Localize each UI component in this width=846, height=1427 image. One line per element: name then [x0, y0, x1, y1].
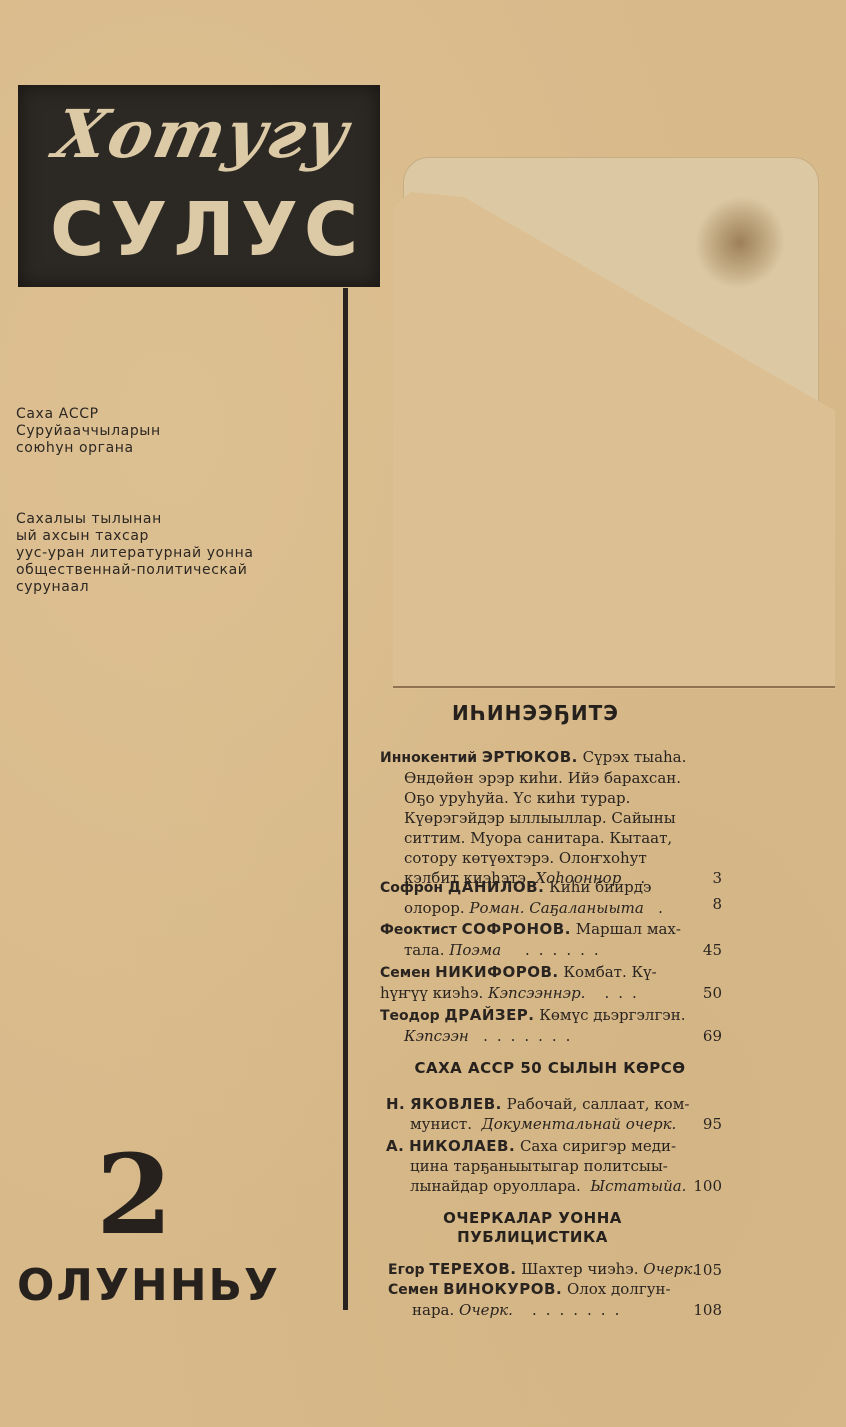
author-first-name: Егор [388, 1262, 425, 1278]
entry-genre: Ыстатыйа. [590, 1177, 686, 1195]
publisher-note-line: Саха АССР [16, 406, 161, 423]
description-line: общественнай-политическай [16, 562, 254, 579]
page-number: 8 [712, 894, 722, 914]
journal-description: Сахалыы тылынан ый ахсын тахсар уус-уран… [16, 511, 254, 596]
section-heading-line: ПУБЛИЦИСТИКА [420, 1228, 645, 1247]
page-number: 105 [693, 1260, 722, 1280]
author-first-name: Софрон [380, 880, 443, 896]
toc-entry[interactable]: Н. ЯКОВЛЕВ. Рабочай, саллаат, ком- мунис… [386, 1094, 730, 1134]
author-last-name: НИКИФОРОВ. [435, 963, 558, 981]
pocket-edge [393, 686, 835, 688]
entry-line: Өндөйөн эрэр киһи. Ийэ барахсан. [380, 768, 730, 788]
entry-title: Сүрэх тыаһа. [583, 748, 687, 766]
description-line: сурунаал [16, 579, 254, 596]
publisher-note-line: союһун органа [16, 440, 161, 457]
entry-line: Күөрэгэйдэр ыллыыллар. Сайыны [380, 808, 730, 828]
masthead-script-title: Хотугу [49, 101, 363, 167]
author-first-name: Семен [388, 1282, 438, 1298]
entry-line: цина тарҕаныытыгар политсыы- [386, 1156, 730, 1176]
entry-genre: Документальнай очерк. [482, 1115, 677, 1133]
description-line: уус-уран литературнай уонна [16, 545, 254, 562]
leader-dots: ...... [525, 941, 608, 959]
entry-genre: Кэпсээннэр. [488, 984, 585, 1002]
page-number: 95 [703, 1114, 722, 1134]
entry-title: Маршал мах- [576, 920, 681, 938]
entry-title: Олох долгун- [567, 1280, 671, 1298]
author-initial: Н. [386, 1095, 405, 1113]
toc-entry[interactable]: Иннокентий ЭРТЮКОВ. Сүрэх тыаһа. Өндөйөн… [380, 747, 730, 888]
entry-line: һүҥүү киэһэ. [380, 984, 483, 1002]
author-last-name: ДРАЙЗЕР. [444, 1006, 534, 1024]
author-initial: А. [386, 1137, 404, 1155]
author-first-name: Семен [380, 965, 430, 981]
toc-entry[interactable]: Семен НИКИФОРОВ. Комбат. Кү- һүҥүү киэһэ… [380, 962, 730, 1003]
toc-entry[interactable]: Феоктист СОФРОНОВ. Маршал мах- тала. Поэ… [380, 919, 730, 960]
author-first-name: Теодор [380, 1008, 440, 1024]
entry-genre: Очерк. [459, 1301, 513, 1319]
entry-title: Рабочай, саллаат, ком- [507, 1095, 690, 1113]
toc-entry[interactable]: Софрон ДАНИЛОВ. Киһи биирдэ олорор. Рома… [380, 877, 730, 918]
entry-genre: Очерк. [643, 1260, 697, 1278]
entry-line: нара. [412, 1301, 454, 1319]
entry-genre: Роман. Саҕаланыыта [469, 899, 643, 917]
author-first-name: Иннокентий [380, 750, 477, 766]
description-line: ый ахсын тахсар [16, 528, 254, 545]
author-last-name: НИКОЛАЕВ. [409, 1137, 515, 1155]
contents-heading: ИҺИНЭЭҔИТЭ [452, 701, 619, 725]
publisher-note-line: Суруйааччыларын [16, 423, 161, 440]
author-last-name: ДАНИЛОВ. [448, 878, 544, 896]
author-first-name: Феоктист [380, 922, 457, 938]
entry-title: Саха сиригэр меди- [520, 1137, 676, 1155]
section-heading-line: ОЧЕРКАЛАР УОННА [420, 1209, 645, 1228]
masthead-title: СУЛУС [50, 193, 364, 267]
page-number: 108 [693, 1300, 722, 1320]
author-last-name: СОФРОНОВ. [462, 920, 571, 938]
page-number: 50 [703, 983, 722, 1003]
toc-entry[interactable]: А. НИКОЛАЕВ. Саха сиригэр меди- цина тар… [386, 1136, 730, 1196]
page-number: 45 [703, 940, 722, 960]
page-number: 69 [703, 1026, 722, 1046]
entry-title: Комбат. Кү- [563, 963, 656, 981]
author-last-name: ЭРТЮКОВ. [482, 748, 578, 766]
publisher-note: Саха АССР Суруйааччыларын союһун органа [16, 406, 161, 457]
author-last-name: ТЕРЕХОВ. [429, 1260, 516, 1278]
toc-entry[interactable]: Теодор ДРАЙЗЕР. Көмүс дьэргэлгэн. Кэпсээ… [380, 1005, 730, 1046]
leader-dots: ... [605, 984, 646, 1002]
toc-entry[interactable]: Семен ВИНОКУРОВ. Олох долгун- нара. Очер… [388, 1279, 730, 1320]
entry-line: мунист. [410, 1115, 472, 1133]
leader-dots: . [658, 899, 672, 917]
entry-line: ситтим. Муора санитара. Кытаат, [380, 828, 730, 848]
entry-line: Оҕо уруһуйа. Үс киһи турар. [380, 788, 730, 808]
section-heading: САХА АССР 50 СЫЛЫН КӨРСӨ [400, 1059, 700, 1078]
masthead: Хотугу СУЛУС [18, 85, 380, 287]
issue-month: ОЛУННЬУ [17, 1264, 280, 1308]
leader-dots: ....... [483, 1027, 579, 1045]
vertical-rule [343, 288, 348, 1310]
issue-number: 2 [96, 1140, 173, 1250]
entry-line: олорор. [404, 899, 465, 917]
entry-genre: Кэпсээн [404, 1027, 469, 1045]
author-last-name: ВИНОКУРОВ. [443, 1280, 562, 1298]
toc-entry[interactable]: Егор ТЕРЕХОВ. Шахтер чиэһэ. Очерк. 105 [388, 1259, 730, 1280]
entry-title: Көмүс дьэргэлгэн. [539, 1006, 685, 1024]
entry-line: тала. [404, 941, 444, 959]
entry-line: лынайдар оруоллара. [410, 1177, 581, 1195]
page-number: 100 [693, 1176, 722, 1196]
leader-dots: ....... [532, 1301, 628, 1319]
description-line: Сахалыы тылынан [16, 511, 254, 528]
entry-line: сотору көтүөхтэрэ. Олоҥхоһут [380, 848, 730, 868]
entry-genre: Поэма [449, 941, 501, 959]
entry-title: Шахтер чиэһэ. [521, 1260, 638, 1278]
section-heading: ОЧЕРКАЛАР УОННА ПУБЛИЦИСТИКА [420, 1209, 645, 1247]
author-last-name: ЯКОВЛЕВ. [410, 1095, 502, 1113]
entry-title: Киһи биирдэ [549, 878, 651, 896]
